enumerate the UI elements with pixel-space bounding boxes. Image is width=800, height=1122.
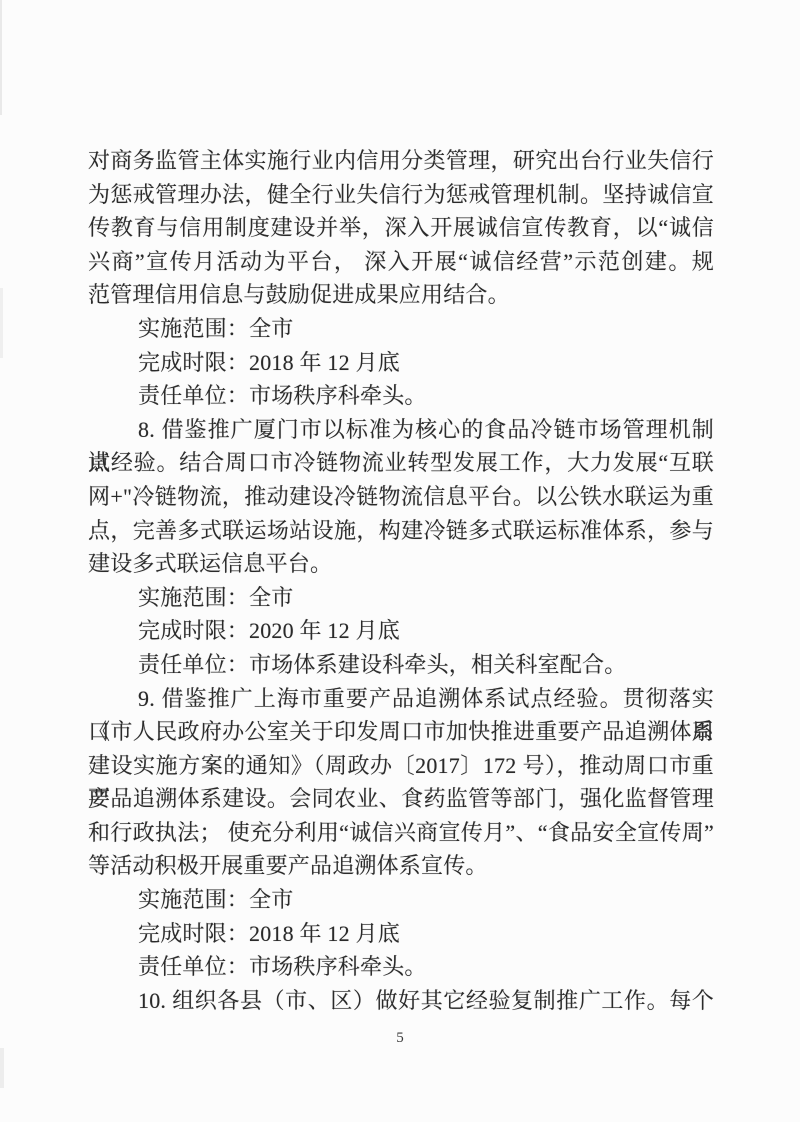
text-line: 传教育与信用制度建设并举，深入开展诚信宣传教育，以“诚信 <box>88 211 714 245</box>
text-line: 完成时限：2018 年 12 月底 <box>88 917 714 951</box>
text-line: 完成时限：2020 年 12 月底 <box>88 614 714 648</box>
text-line: 和行政执法； 使充分利用“诚信兴商宣传月”、“食品安全宣传周” <box>88 816 714 850</box>
document-page: 对商务监管主体实施行业内信用分类管理，研究出台行业失信行为惩戒管理办法，健全行业… <box>0 0 800 1122</box>
text-line: 等活动积极开展重要产品追溯体系宣传。 <box>88 849 714 883</box>
text-line: 对商务监管主体实施行业内信用分类管理，研究出台行业失信行 <box>88 144 714 178</box>
text-line: 点经验。结合周口市冷链物流业转型发展工作，大力发展“互联 <box>88 446 714 480</box>
text-line: 范管理信用信息与鼓励促进成果应用结合。 <box>88 278 714 312</box>
text-line: 8. 借鉴推广厦门市以标准为核心的食品冷链市场管理机制试 <box>88 413 714 447</box>
text-line: 责任单位：市场秩序科牵头。 <box>88 950 714 984</box>
text-line: 兴商”宣传月活动为平台， 深入开展“诚信经营”示范创建。规 <box>88 245 714 279</box>
scan-artifact <box>0 0 2 115</box>
text-line: 实施范围：全市 <box>88 883 714 917</box>
text-line: 实施范围：全市 <box>88 312 714 346</box>
text-line: 责任单位：市场秩序科牵头。 <box>88 379 714 413</box>
page-number: 5 <box>0 1030 800 1047</box>
scan-artifact <box>0 288 3 358</box>
text-line: 建设多式联运信息平台。 <box>88 547 714 581</box>
scan-artifact <box>0 1048 4 1088</box>
text-line: 产品追溯体系建设。会同农业、食药监管等部门，强化监督管理 <box>88 782 714 816</box>
text-line: 9. 借鉴推广上海市重要产品追溯体系试点经验。贯彻落实《周 <box>88 682 714 716</box>
text-block: 对商务监管主体实施行业内信用分类管理，研究出台行业失信行为惩戒管理办法，健全行业… <box>88 144 714 1017</box>
text-line: 完成时限：2018 年 12 月底 <box>88 346 714 380</box>
text-line: 10. 组织各县（市、区）做好其它经验复制推广工作。每个 <box>88 984 714 1018</box>
text-line: 责任单位：市场体系建设科牵头，相关科室配合。 <box>88 648 714 682</box>
text-line: 实施范围：全市 <box>88 581 714 615</box>
text-line: 点，完善多式联运场站设施，构建冷链多式联运标准体系，参与 <box>88 514 714 548</box>
text-line: 网+"冷链物流，推动建设冷链物流信息平台。以公铁水联运为重 <box>88 480 714 514</box>
text-line: 口市人民政府办公室关于印发周口市加快推进重要产品追溯体系 <box>88 715 714 749</box>
text-line: 为惩戒管理办法，健全行业失信行为惩戒管理机制。坚持诚信宣 <box>88 178 714 212</box>
text-line: 建设实施方案的通知》（周政办〔2017〕172 号），推动周口市重要 <box>88 749 714 783</box>
